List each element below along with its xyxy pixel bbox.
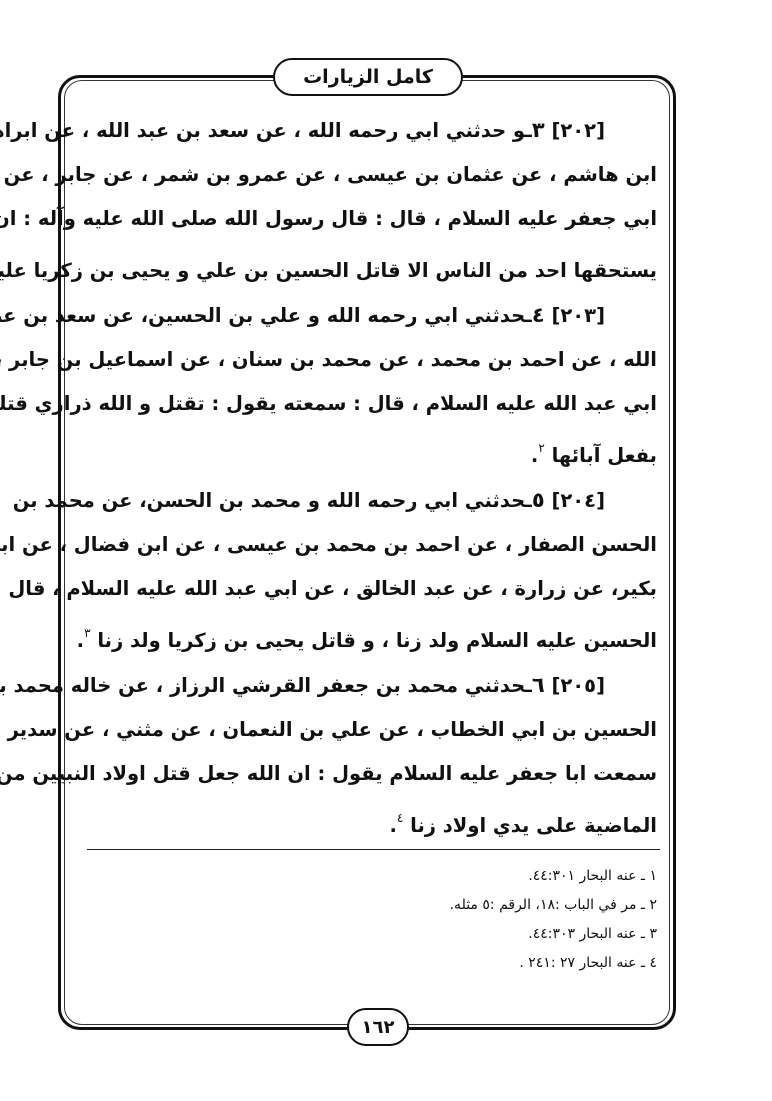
footnote-separator bbox=[87, 849, 660, 850]
hadith-line: يستحقها احد من الناس الا قاتل الحسين بن … bbox=[83, 241, 657, 293]
reference-number: [٢٠٢] bbox=[551, 119, 605, 142]
running-header-title: كامل الزيارات bbox=[273, 58, 463, 96]
hadith-text: يستحقها احد من الناس الا قاتل الحسين بن … bbox=[0, 259, 657, 282]
footnote-1: ١ ـ عنه البحار ٤٤:٣٠١. bbox=[300, 862, 657, 891]
book-title: كامل الزيارات bbox=[303, 66, 433, 88]
hadith-line: الماضية على يدي اولاد زنا ٤. bbox=[83, 796, 657, 848]
hadith-line: الحسن الصفار ، عن احمد بن محمد بن عيسى ،… bbox=[83, 523, 657, 567]
footnote-4: ٤ ـ عنه البحار ٢٧ :٢٤١ . bbox=[300, 949, 657, 978]
page-number: ١٦٢ bbox=[362, 1017, 395, 1038]
hadith-line: ابن هاشم ، عن عثمان بن عيسى ، عن عمرو بن… bbox=[83, 153, 657, 197]
sequence-number: ٣ bbox=[532, 118, 545, 142]
hadith-line: سمعت ابا جعفر عليه السلام يقول : ان الله… bbox=[83, 752, 657, 796]
page-number-badge: ١٦٢ bbox=[347, 1008, 409, 1046]
hadith-text: الحسين عليه السلام ولد زنا ، و قاتل يحيى… bbox=[97, 629, 657, 652]
hadith-line: الله ، عن احمد بن محمد ، عن محمد بن سنان… bbox=[83, 338, 657, 382]
hadith-line: [٢٠٢] ٣ـو حدثني ابي رحمه الله ، عن سعد ب… bbox=[83, 108, 657, 153]
footnotes: ١ ـ عنه البحار ٤٤:٣٠١. ٢ ـ مر في الباب :… bbox=[300, 862, 657, 978]
hadith-line: [٢٠٣] ٤ـحدثني ابي رحمه الله و علي بن الح… bbox=[83, 293, 657, 338]
sequence-number: ٦ bbox=[532, 673, 545, 697]
hadith-205: [٢٠٥] ٦ـحدثني محمد بن جعفر القرشي الرزاز… bbox=[83, 663, 657, 848]
reference-number: [٢٠٥] bbox=[551, 674, 605, 697]
hadith-202: [٢٠٢] ٣ـو حدثني ابي رحمه الله ، عن سعد ب… bbox=[83, 108, 657, 293]
hadith-203: [٢٠٣] ٤ـحدثني ابي رحمه الله و علي بن الح… bbox=[83, 293, 657, 478]
hadith-line: ابي عبد الله عليه السلام ، قال : سمعته ي… bbox=[83, 382, 657, 426]
footnote-marker[interactable]: ٣ bbox=[84, 626, 90, 640]
footnote-2: ٢ ـ مر في الباب :١٨، الرقم :٥ مثله. bbox=[300, 891, 657, 920]
hadith-text: ـحدثني محمد بن جعفر القرشي الرزاز ، عن خ… bbox=[0, 674, 532, 697]
hadith-text: ـحدثني ابي رحمه الله و محمد بن الحسن، عن… bbox=[13, 489, 532, 512]
reference-number: [٢٠٣] bbox=[551, 304, 605, 327]
hadith-204: [٢٠٤] ٥ـحدثني ابي رحمه الله و محمد بن ال… bbox=[83, 478, 657, 663]
hadith-line: بفعل آبائها ٢. bbox=[83, 426, 657, 478]
sequence-number: ٥ bbox=[532, 488, 545, 512]
hadith-text: ـو حدثني ابي رحمه الله ، عن سعد بن عبد ا… bbox=[0, 119, 532, 142]
footnote-3: ٣ ـ عنه البحار ٤٤:٣٠٣. bbox=[300, 920, 657, 949]
hadith-line: الحسين عليه السلام ولد زنا ، و قاتل يحيى… bbox=[83, 611, 657, 663]
hadith-line: بكير، عن زرارة ، عن عبد الخالق ، عن ابي … bbox=[83, 567, 657, 611]
hadith-line: [٢٠٥] ٦ـحدثني محمد بن جعفر القرشي الرزاز… bbox=[83, 663, 657, 708]
sequence-number: ٤ bbox=[532, 303, 545, 327]
main-text: [٢٠٢] ٣ـو حدثني ابي رحمه الله ، عن سعد ب… bbox=[83, 108, 657, 848]
footnote-marker[interactable]: ٤ bbox=[397, 811, 403, 825]
reference-number: [٢٠٤] bbox=[551, 489, 605, 512]
hadith-text: ـحدثني ابي رحمه الله و علي بن الحسين، عن… bbox=[0, 304, 532, 327]
hadith-text: الماضية على يدي اولاد زنا bbox=[410, 814, 657, 837]
hadith-line: الحسين بن ابي الخطاب ، عن علي بن النعمان… bbox=[83, 708, 657, 752]
hadith-text: بفعل آبائها bbox=[552, 444, 657, 467]
hadith-line: [٢٠٤] ٥ـحدثني ابي رحمه الله و محمد بن ال… bbox=[83, 478, 657, 523]
hadith-line: ابي جعفر عليه السلام ، قال : قال رسول ال… bbox=[83, 197, 657, 241]
footnote-marker[interactable]: ٢ bbox=[538, 441, 544, 455]
